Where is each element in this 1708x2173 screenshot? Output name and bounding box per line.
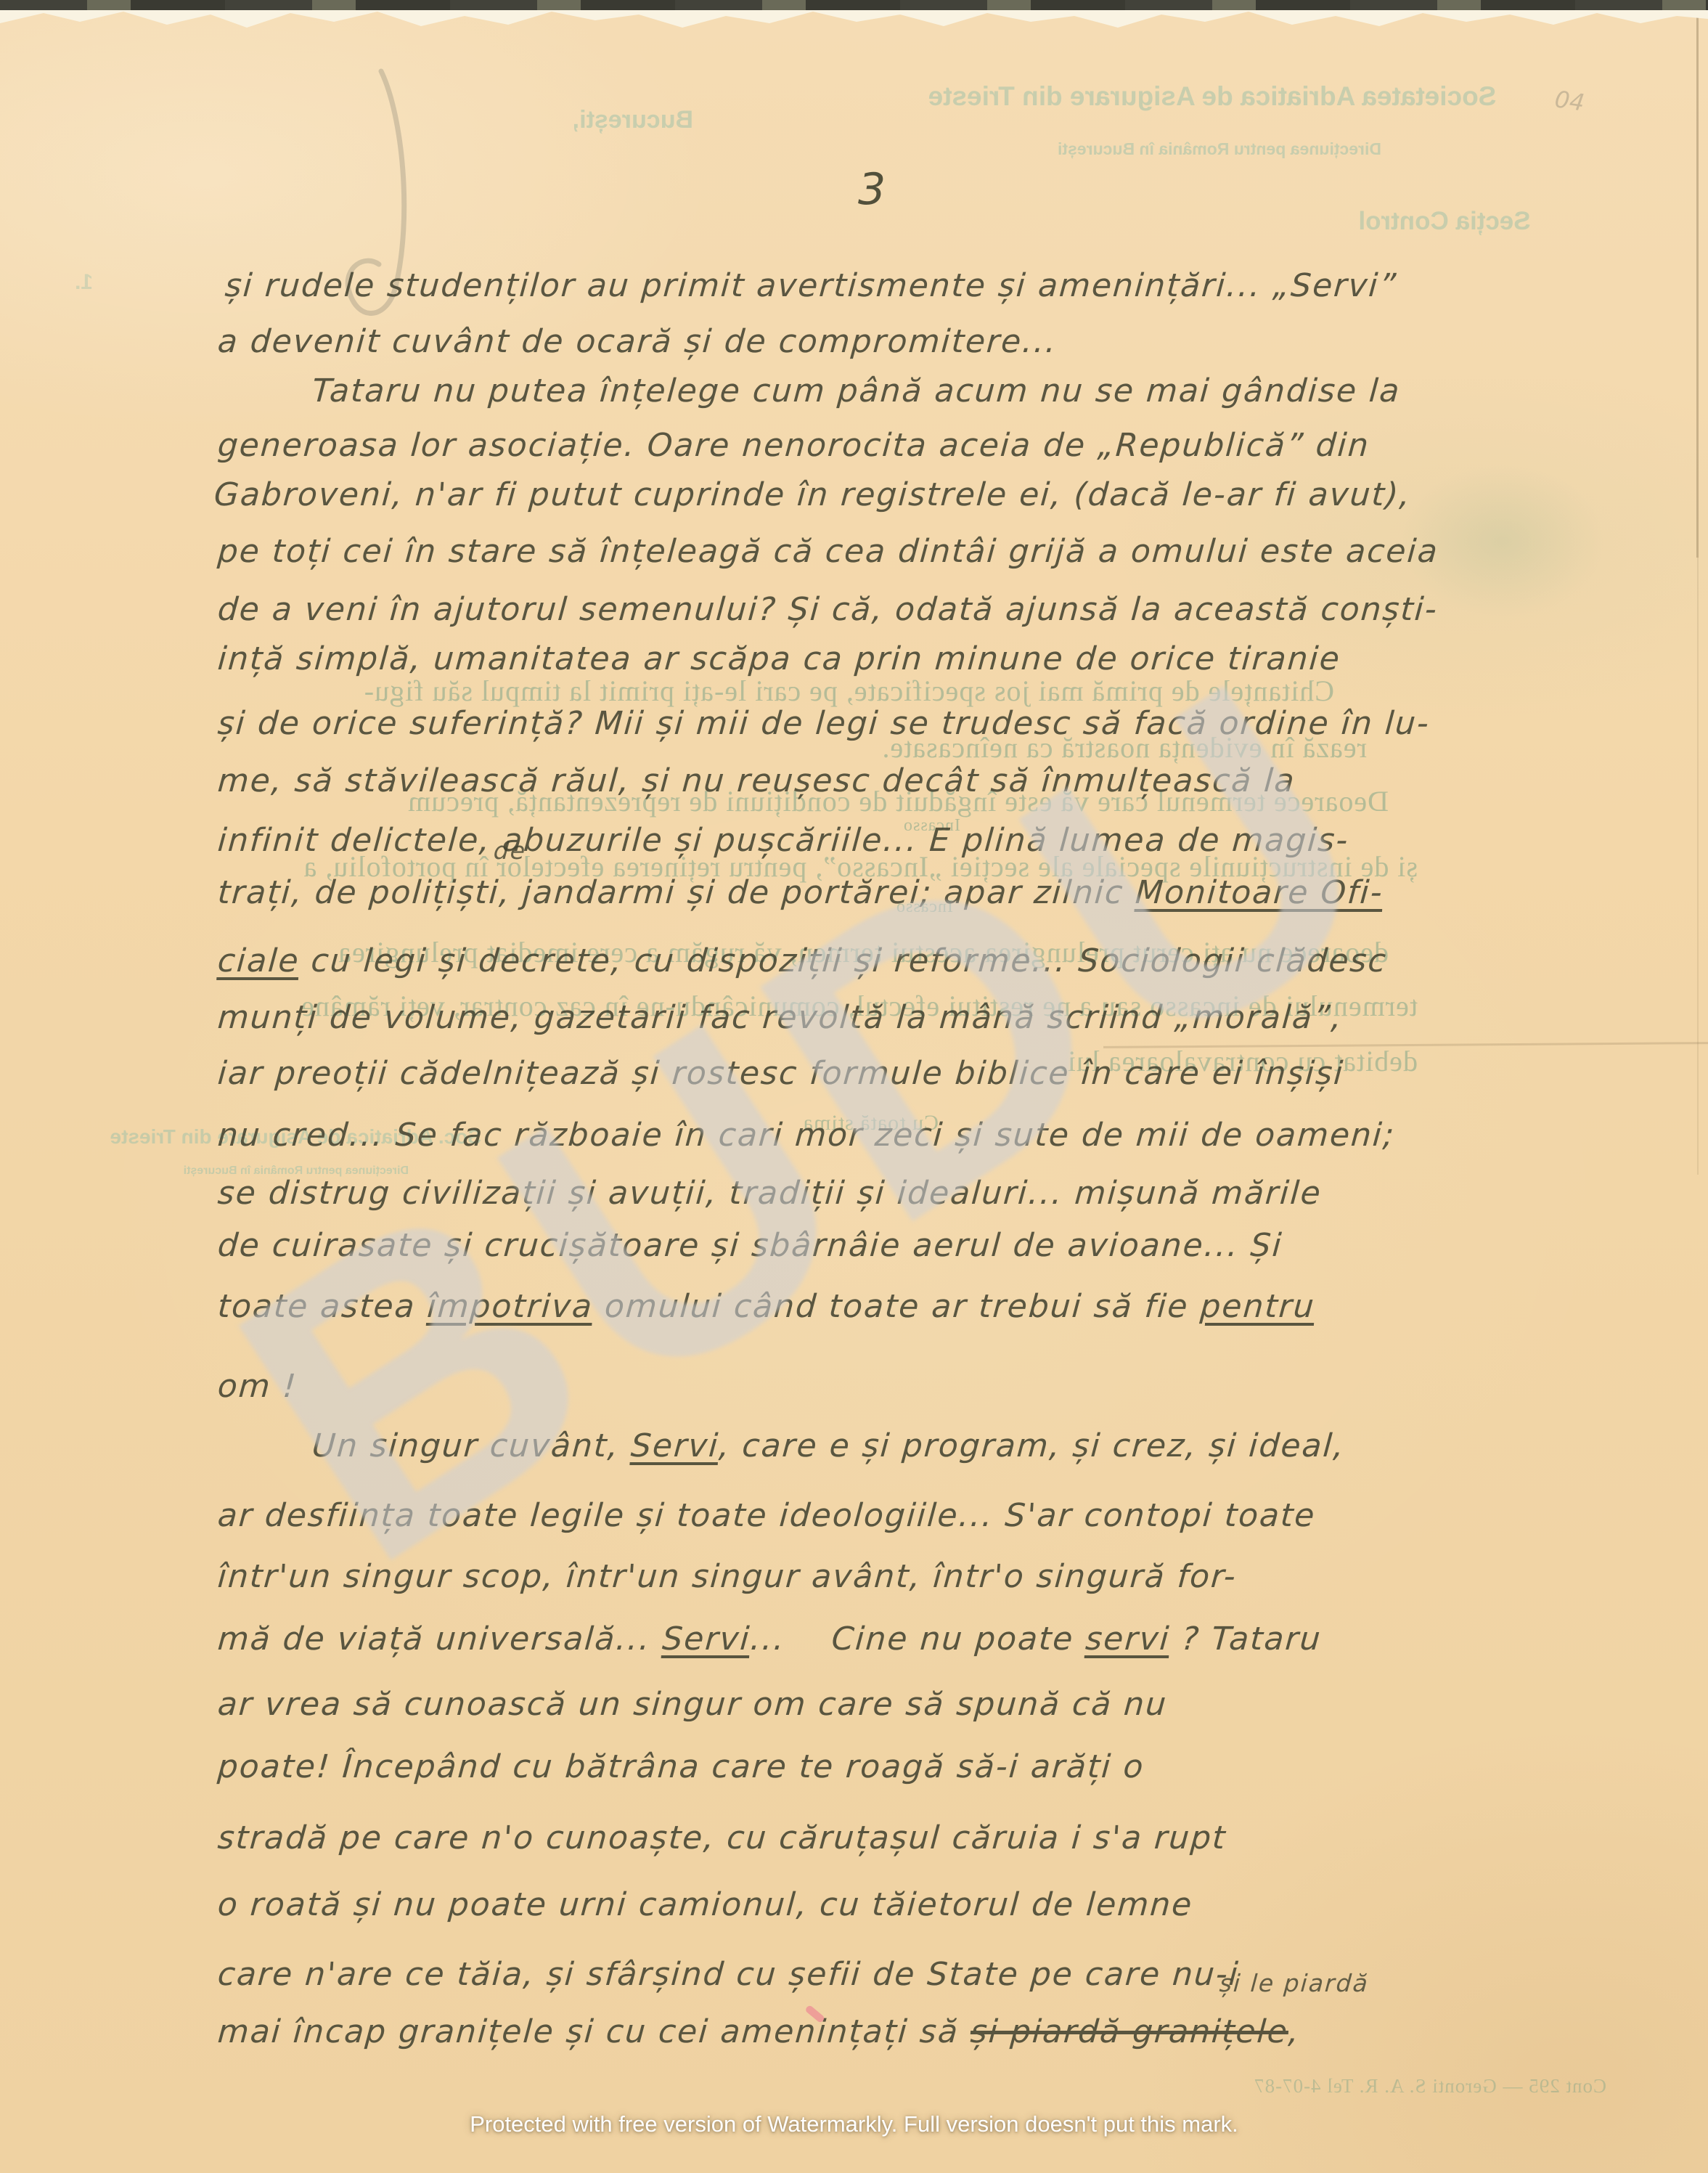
manuscript-line: generoasa lor asociație. Oare nenorocita… <box>216 427 1370 464</box>
scan-top-edge <box>0 0 1708 10</box>
manuscript-line: într'un singur scop, într'un singur avân… <box>216 1558 1238 1595</box>
manuscript-u-text: Servi <box>661 1620 752 1658</box>
manuscript-line: poate! Începând cu bătrâna care te roagă… <box>216 1748 1145 1785</box>
manuscript-text: me, să stăvilească răul, și nu reușesc d… <box>216 762 1296 799</box>
manuscript-text: nu cred... Se fac războaie în cari mor z… <box>216 1117 1397 1154</box>
manuscript-line: se distrug civilizații și avuții, tradiț… <box>216 1175 1323 1212</box>
manuscript-text: cu legi și decrete, cu dispoziții și ref… <box>298 942 1389 979</box>
manuscript-text: mă de viață universală... <box>216 1620 663 1658</box>
manuscript-u-text: împotriva <box>426 1288 594 1325</box>
manuscript-line: mai încap granițele și cu cei amenințați… <box>216 2013 1302 2050</box>
watermarkly-notice: Protected with free version of Watermark… <box>0 2111 1708 2137</box>
manuscript-text: de a veni în ajutorul semenului? Și că, … <box>216 591 1439 628</box>
manuscript-line: munți de volume, gazetarii fac revoltă l… <box>216 999 1344 1036</box>
manuscript-u-text: Servi <box>629 1427 720 1464</box>
manuscript-line: a devenit cuvânt de ocară și de compromi… <box>216 323 1058 360</box>
manuscript-u-text: ciale <box>216 942 301 979</box>
manuscript-line: stradă pe care n'o cunoaște, cu căruțașu… <box>216 1819 1227 1856</box>
manuscript-text: omului când toate ar trebui să fie <box>592 1288 1201 1325</box>
manuscript-line: de a veni în ajutorul semenului? Și că, … <box>216 591 1439 628</box>
manuscript-text: generoasa lor asociație. Oare nenorocita… <box>216 427 1370 464</box>
manuscript-line: toate astea împotriva omului când toate … <box>216 1288 1316 1325</box>
manuscript-u-text: Monitoare Ofi- <box>1134 874 1384 911</box>
manuscript-text: toate astea <box>216 1288 428 1325</box>
manuscript-text: să <box>907 2013 971 2050</box>
manuscript-text: într'un singur scop, într'un singur avân… <box>216 1558 1238 1595</box>
manuscript-line: infinit delictele, abuzurile și pușcării… <box>216 822 1350 859</box>
manuscript-insertion: și le piardă <box>1219 1969 1370 1997</box>
manuscript-text: iar preoții cădelnițează și rostesc form… <box>216 1055 1345 1092</box>
manuscript-line: pe toți cei în stare să înțeleagă că cea… <box>216 533 1439 570</box>
manuscript-line: ință simplă, umanitatea ar scăpa ca prin… <box>216 640 1342 677</box>
manuscript-text: Un singur cuvânt, <box>311 1427 632 1464</box>
manuscript-line: care n'are ce tăia, și sfârșind cu șefii… <box>216 1956 1241 1993</box>
manuscript-text: și le piardă <box>1219 1969 1370 1997</box>
manuscript-line: ar vrea să cunoască un singur om care să… <box>216 1686 1169 1723</box>
manuscript-line: Un singur cuvânt, Servi, care e și progr… <box>311 1427 1346 1464</box>
manuscript-text: și de orice suferință? Mii și mii de leg… <box>216 705 1431 742</box>
manuscript-text: de cuirasate și crucișătoare și sbârnâie… <box>216 1227 1284 1264</box>
manuscript-line: ciale cu legi și decrete, cu dispoziții … <box>216 942 1388 979</box>
manuscript-line: și rudele studenților au primit avertism… <box>224 267 1398 304</box>
manuscript-text: de <box>493 836 528 865</box>
manuscript-line: iar preoții cădelnițează și rostesc form… <box>216 1055 1345 1092</box>
manuscript-text: trați, de polițiști, <box>216 874 523 911</box>
manuscript-text: Tataru nu putea înțelege cum până acum n… <box>311 372 1402 409</box>
manuscript-text: poate! Începând cu bătrâna care te roagă… <box>216 1748 1145 1785</box>
manuscript-line: trați, de polițiști, jandarmi și de port… <box>216 874 1384 911</box>
manuscript-text: a devenit cuvânt de ocară și de compromi… <box>216 323 1058 360</box>
manuscript-text: și rudele studenților au primit avertism… <box>224 267 1398 304</box>
manuscript-line: Gabroveni, n'ar fi putut cuprinde în reg… <box>213 476 1413 513</box>
scanned-manuscript-page: Societatea Adriatica de Asigurare din Tr… <box>0 0 1708 2173</box>
manuscript-redmark-text: amenințați <box>719 2013 910 2050</box>
manuscript-text: munți de volume, gazetarii fac revoltă l… <box>216 999 1344 1036</box>
manuscript-line: de cuirasate și crucișătoare și sbârnâie… <box>216 1227 1284 1264</box>
handwriting-block: și rudele studenților au primit avertism… <box>0 0 1708 2173</box>
manuscript-text: ar desființa toate legile și toate ideol… <box>216 1497 1317 1534</box>
manuscript-insertion: de <box>493 836 528 865</box>
manuscript-line: ar desființa toate legile și toate ideol… <box>216 1497 1317 1534</box>
manuscript-text: care n'are ce tăia, și sfârșind cu șefii… <box>216 1956 1241 1993</box>
manuscript-text: , <box>1287 2013 1302 2050</box>
manuscript-line: nu cred... Se fac războaie în cari mor z… <box>216 1117 1397 1154</box>
manuscript-line: mă de viață universală... Servi... Cine … <box>216 1620 1323 1658</box>
manuscript-text: ? Tataru <box>1169 1620 1323 1658</box>
manuscript-line: o roată și nu poate urni camionul, cu tă… <box>216 1886 1194 1923</box>
manuscript-line: și de orice suferință? Mii și mii de leg… <box>216 705 1431 742</box>
manuscript-text: ar vrea să cunoască un singur om care să… <box>216 1686 1169 1723</box>
manuscript-line: me, să stăvilească răul, și nu reușesc d… <box>216 762 1296 799</box>
manuscript-text: om ! <box>216 1368 298 1405</box>
manuscript-strike-text: și piardă granițele <box>969 2013 1290 2050</box>
manuscript-text: o roată și nu poate urni camionul, cu tă… <box>216 1886 1194 1923</box>
manuscript-line: om ! <box>216 1368 298 1405</box>
manuscript-text: se distrug civilizații și avuții, tradiț… <box>216 1175 1323 1212</box>
manuscript-text: mai încap granițele și cu cei <box>216 2013 722 2050</box>
manuscript-text: ... Cine nu poate <box>749 1620 1087 1658</box>
manuscript-u-text: servi <box>1084 1620 1172 1658</box>
manuscript-text: , care e și program, și crez, și ideal, <box>718 1427 1347 1464</box>
manuscript-text: jandarmi și de portărei; apar zilnic <box>521 874 1137 911</box>
manuscript-u-text: pentru <box>1199 1288 1317 1325</box>
manuscript-text: pe toți cei în stare să înțeleagă că cea… <box>216 533 1439 570</box>
manuscript-text: infinit delictele, abuzurile și pușcării… <box>216 822 1350 859</box>
manuscript-line: Tataru nu putea înțelege cum până acum n… <box>311 372 1402 409</box>
manuscript-text: stradă pe care n'o cunoaște, cu căruțașu… <box>216 1819 1227 1856</box>
manuscript-text: Gabroveni, n'ar fi putut cuprinde în reg… <box>213 476 1413 513</box>
manuscript-text: ință simplă, umanitatea ar scăpa ca prin… <box>216 640 1342 677</box>
